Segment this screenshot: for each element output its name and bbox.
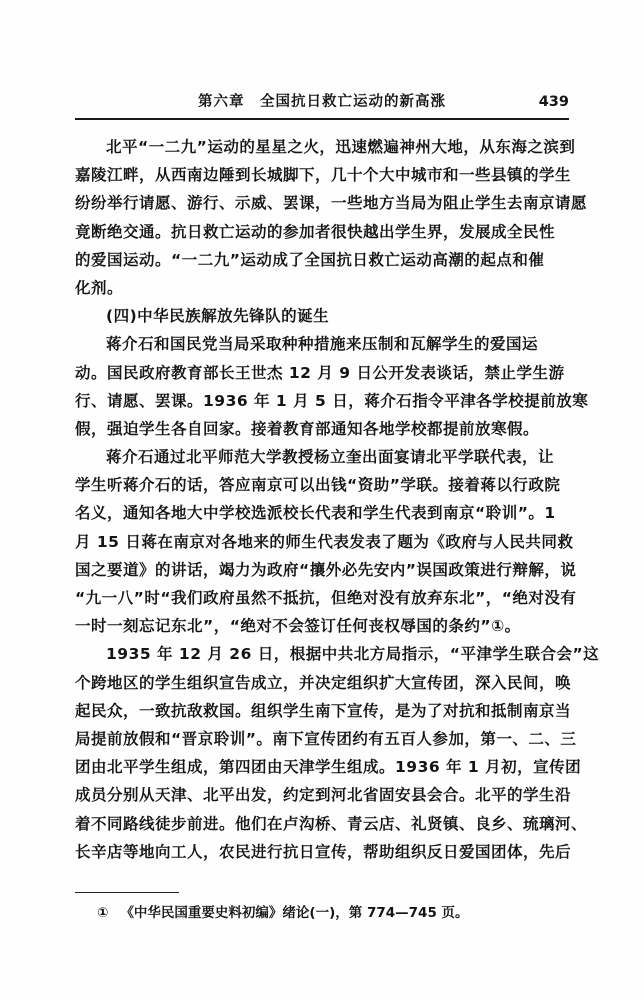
text-line: 化剂。: [75, 274, 569, 302]
footnote-separator: [75, 892, 179, 893]
text-line: 蒋介石通过北平师范大学教授杨立奎出面宴请北平学联代表，让: [75, 443, 569, 471]
footnote-text: 《中华民国重要史料初编》绪论(一)，第 774—745 页。: [120, 905, 468, 921]
book-page: 第六章 全国抗日救亡运动的新高涨 439 北平“一二九”运动的星星之火，迅速燃遍…: [0, 0, 644, 1000]
text-line: “九一八”时“我们政府虽然不抵抗，但绝对没有放弃东北”，“绝对没有: [75, 584, 569, 612]
text-line: 纷纷举行请愿、游行、示威、罢课，一些地方当局为阻止学生去南京请愿: [75, 189, 569, 217]
text-line: 动。国民政府教育部长王世杰 12 月 9 日公开发表谈话，禁止学生游: [75, 359, 569, 387]
header-rule: [75, 118, 569, 120]
text-line: 月 15 日蒋在南京对各地来的师生代表发表了题为《政府与人民共同救: [75, 528, 569, 556]
footnote: ①《中华民国重要史料初编》绪论(一)，第 774—745 页。: [75, 902, 569, 924]
text-line: 名义，通知各地大中学校选派校长代表和学生代表到南京“聆训”。1: [75, 499, 569, 527]
text-line: 蒋介石和国民党当局采取种种措施来压制和瓦解学生的爱国运: [75, 330, 569, 358]
page-number: 439: [539, 90, 569, 114]
text-line: 团由北平学生组成，第四团由天津学生组成。1936 年 1 月初，宣传团: [75, 753, 569, 781]
text-line: 着不同路线徒步前进。他们在卢沟桥、青云店、礼贤镇、良乡、琉璃河、: [75, 810, 569, 838]
page-content: 第六章 全国抗日救亡运动的新高涨 439 北平“一二九”运动的星星之火，迅速燃遍…: [75, 90, 569, 924]
page-header: 第六章 全国抗日救亡运动的新高涨 439: [75, 90, 569, 114]
text-line: 国之要道》的讲话，竭力为政府“攘外必先安内”误国政策进行辩解，说: [75, 556, 569, 584]
text-line: 起民众，一致抗敌救国。组织学生南下宣传，是为了对抗和抵制南京当: [75, 697, 569, 725]
text-line: 成员分别从天津、北平出发，约定到河北省固安县会合。北平的学生沿: [75, 781, 569, 809]
text-line: 竟断绝交通。抗日救亡运动的参加者很快越出学生界，发展成全民性: [75, 218, 569, 246]
text-line: (四)中华民族解放先锋队的诞生: [75, 302, 569, 330]
text-line: 个跨地区的学生组织宣告成立，并决定组织扩大宣传团，深入民间，唤: [75, 669, 569, 697]
text-line: 局提前放假和“晋京聆训”。南下宣传团约有五百人参加，第一、二、三: [75, 725, 569, 753]
text-line: 北平“一二九”运动的星星之火，迅速燃遍神州大地，从东海之滨到: [75, 133, 569, 161]
text-line: 嘉陵江畔，从西南边陲到长城脚下，几十个大中城市和一些县镇的学生: [75, 161, 569, 189]
text-line: 的爱国运动。“一二九”运动成了全国抗日救亡运动高潮的起点和催: [75, 246, 569, 274]
body-text: 北平“一二九”运动的星星之火，迅速燃遍神州大地，从东海之滨到嘉陵江畔，从西南边陲…: [75, 133, 569, 866]
text-line: 长辛店等地向工人，农民进行抗日宣传，帮助组织反日爱国团体，先后: [75, 838, 569, 866]
chapter-title: 第六章 全国抗日救亡运动的新高涨: [75, 90, 569, 114]
text-line: 行、请愿、罢课。1936 年 1 月 5 日，蒋介石指令平津各学校提前放寒: [75, 387, 569, 415]
text-line: 假，强迫学生各自回家。接着教育部通知各地学校都提前放寒假。: [75, 415, 569, 443]
text-line: 一时一刻忘记东北”，“绝对不会签订任何丧权辱国的条约”①。: [75, 612, 569, 640]
footnote-marker: ①: [97, 905, 108, 921]
text-line: 1935 年 12 月 26 日，根据中共北方局指示，“平津学生联合会”这: [75, 640, 569, 668]
text-line: 学生听蒋介石的话，答应南京可以出钱“资助”学联。接着蒋以行政院: [75, 471, 569, 499]
